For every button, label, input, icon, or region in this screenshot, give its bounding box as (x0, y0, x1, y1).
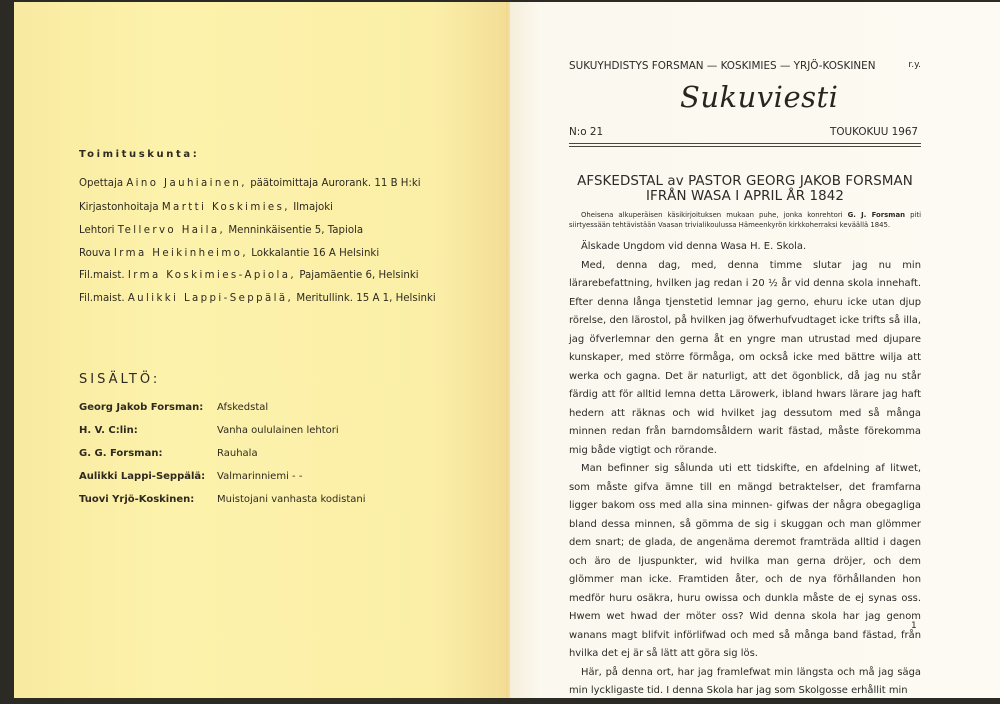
editor-line: Lehtori Tellervo Haila, Menninkäisentie … (79, 225, 363, 236)
body-paragraph: Med, denna dag, med, denna timme slutar … (569, 257, 921, 461)
right-page-newsletter: SUKUYHDISTYS FORSMAN — KOSKIMIES — YRJÖ-… (510, 2, 1000, 698)
salutation: Älskade Ungdom vid denna Wasa H. E. Skol… (569, 238, 921, 257)
header-rule (569, 146, 921, 147)
body-paragraph: Man befinner sig sålunda uti ett tidskif… (569, 460, 921, 664)
header-rule (569, 143, 921, 144)
editor-details: Meritullink. 15 A 1, Helsinki (296, 293, 435, 304)
intro-author: G. J. Forsman (848, 211, 905, 219)
body-paragraph: Här, på denna ort, har jag framlefwat mi… (569, 664, 921, 701)
article-title-line: IFRÅN WASA I APRIL ÅR 1842 (569, 189, 921, 204)
left-page-inside-cover: Toimituskunta: Opettaja Aino Jauhiainen,… (14, 2, 508, 698)
toc-title: Afskedstal (217, 402, 268, 413)
editor-details: Ilmajoki (293, 202, 333, 213)
toc-title: Vanha oululainen lehtori (217, 425, 339, 436)
toc-heading: SISÄLTÖ: (79, 372, 160, 387)
issue-number: N:o 21 (569, 126, 603, 138)
toc-author: Aulikki Lappi-Seppälä: (79, 471, 205, 482)
organization-name: SUKUYHDISTYS FORSMAN — KOSKIMIES — YRJÖ-… (569, 60, 876, 72)
toc-author: G. G. Forsman: (79, 448, 162, 459)
editor-line: Rouva Irma Heikinheimo, Lokkalantie 16 A… (79, 248, 379, 259)
masthead-title: Sukuviesti (680, 80, 838, 114)
toc-author: H. V. C:lin: (79, 425, 138, 436)
organization-header: SUKUYHDISTYS FORSMAN — KOSKIMIES — YRJÖ-… (569, 60, 921, 72)
editor-name: Aino Jauhiainen, (126, 178, 247, 189)
editor-name: Irma Heikinheimo, (114, 248, 248, 259)
editor-title: Lehtori (79, 225, 114, 236)
editor-details: päätoimittaja Aurorank. 11 B H:ki (250, 178, 420, 189)
page-number: 1 (911, 621, 917, 631)
toc-title: Rauhala (217, 448, 258, 459)
organization-suffix: r.y. (908, 60, 921, 70)
toc-author: Georg Jakob Forsman: (79, 402, 203, 413)
toc-author: Tuovi Yrjö-Koskinen: (79, 494, 194, 505)
editor-title: Kirjastonhoitaja (79, 202, 159, 213)
article-title-line: AFSKEDSTAL av PASTOR GEORG JAKOB FORSMAN (569, 174, 921, 189)
editor-name: Martti Koskimies, (162, 202, 290, 213)
editor-title: Rouva (79, 248, 111, 259)
article-intro: Oheisena alkuperäisen käsikirjoituksen m… (569, 210, 921, 230)
editor-details: Menninkäisentie 5, Tapiola (228, 225, 363, 236)
editor-line: Fil.maist. Irma Koskimies-Apiola, Pajamä… (79, 270, 419, 281)
editors-heading: Toimituskunta: (79, 149, 199, 160)
editor-line: Opettaja Aino Jauhiainen, päätoimittaja … (79, 178, 421, 189)
article-body: Älskade Ungdom vid denna Wasa H. E. Skol… (569, 238, 921, 701)
editor-title: Fil.maist. (79, 270, 125, 281)
editor-name: Aulikki Lappi-Seppälä, (128, 293, 293, 304)
toc-title: Valmarinniemi - - (217, 471, 302, 482)
editor-details: Lokkalantie 16 A Helsinki (251, 248, 379, 259)
intro-text: Oheisena alkuperäisen käsikirjoituksen m… (581, 211, 848, 219)
issue-date: TOUKOKUU 1967 (830, 126, 918, 138)
editor-line: Fil.maist. Aulikki Lappi-Seppälä, Meritu… (79, 293, 436, 304)
article-title: AFSKEDSTAL av PASTOR GEORG JAKOB FORSMAN… (569, 174, 921, 204)
editor-name: Tellervo Haila, (118, 225, 225, 236)
editor-name: Irma Koskimies-Apiola, (128, 270, 296, 281)
editor-line: Kirjastonhoitaja Martti Koskimies, Ilmaj… (79, 202, 333, 213)
editor-title: Fil.maist. (79, 293, 125, 304)
toc-title: Muistojani vanhasta kodistani (217, 494, 366, 505)
editor-details: Pajamäentie 6, Helsinki (299, 270, 418, 281)
editor-title: Opettaja (79, 178, 123, 189)
